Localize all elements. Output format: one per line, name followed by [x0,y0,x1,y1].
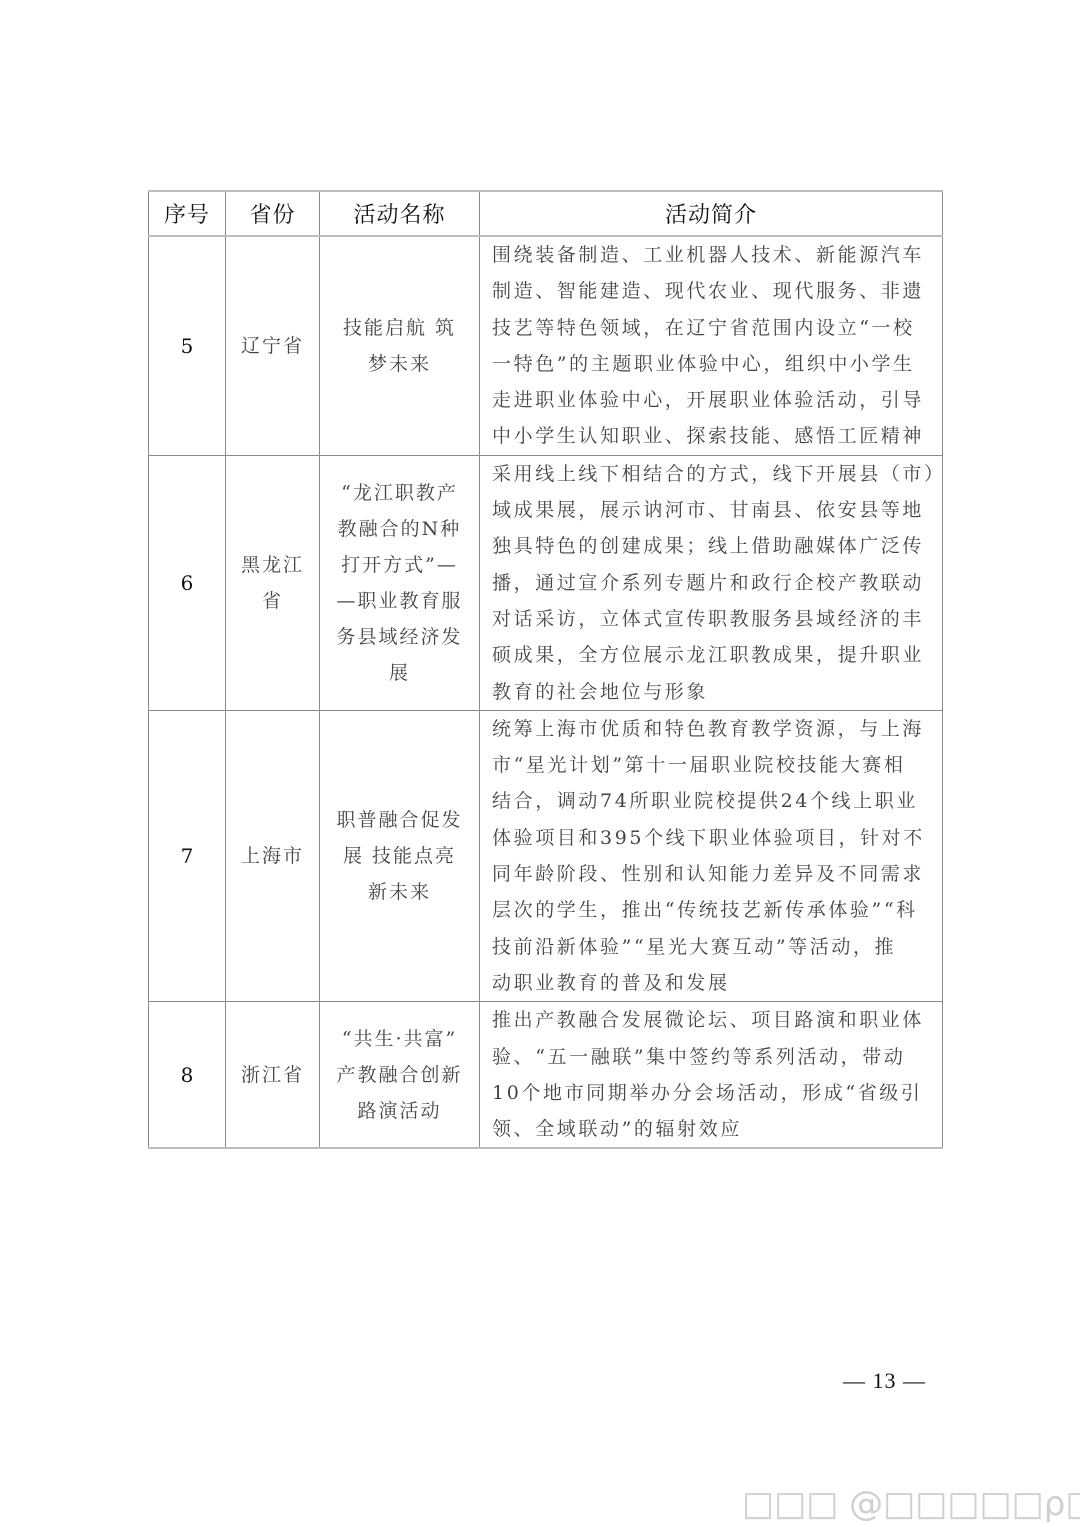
description-line: 播，通过宣介系列专题片和政行企校产教联动 [492,565,934,601]
activity-name-line: 打开方式”— [330,547,469,583]
description-line: 走进职业体验中心，开展职业体验活动，引导 [492,382,934,418]
activity-name-line: 产教融合创新 [330,1057,469,1093]
serial-number-cell: 8 [149,1002,226,1149]
activity-name-cell: “龙江职教产 教融合的N种 打开方式”— —职业教育服 务县域经济发 展 [320,455,480,710]
description-line: 10个地市同期举办分会场活动，形成“省级引 [492,1075,934,1111]
table-row: 5 辽宁省 技能启航 筑 梦未来 围绕装备制造、工业机器人技术、新能源汽车 制造… [149,236,943,455]
activity-name-line: 技能启航 筑 [330,310,469,346]
activity-name-cell: 职普融合促发 展 技能点亮 新未来 [320,710,480,1001]
description-line: 硕成果，全方位展示龙江职教成果，提升职业 [492,637,934,673]
table-row: 7 上海市 职普融合促发 展 技能点亮 新未来 统筹上海市优质和特色教育教学资源… [149,710,943,1001]
description-line: 体验项目和395个线下职业体验项目，针对不 [492,820,934,856]
activity-name-line: 务县域经济发 [330,619,469,655]
description-line: 技艺等特色领域，在辽宁省范围内设立“一校 [492,310,934,346]
activity-description-cell: 推出产教融合发展微论坛、项目路演和职业体 验、“五一融联”集中签约等系列活动，带… [480,1002,943,1149]
activity-table: 序号 省份 活动名称 活动简介 5 辽宁省 技能启航 筑 梦未来 围绕装备制造、… [148,190,943,1149]
province-line: 省 [240,583,305,619]
activity-description-cell: 围绕装备制造、工业机器人技术、新能源汽车 制造、智能建造、现代农业、现代服务、非… [480,236,943,455]
serial-number-cell: 5 [149,236,226,455]
description-line: 技前沿新体验”“星光大赛互动”等活动，推 [492,929,934,965]
table-row: 8 浙江省 “共生·共富” 产教融合创新 路演活动 推出产教融合发展微论坛、项目… [149,1002,943,1149]
description-line: 同年龄阶段、性别和认知能力差异及不同需求 [492,856,934,892]
description-line: 结合，调动74所职业院校提供24个线上职业 [492,783,934,819]
description-line: 层次的学生，推出“传统技艺新传承体验”“科 [492,892,934,928]
description-line: 推出产教融合发展微论坛、项目路演和职业体 [492,1002,934,1038]
activity-name-cell: “共生·共富” 产教融合创新 路演活动 [320,1002,480,1149]
table-row: 6 黑龙江 省 “龙江职教产 教融合的N种 打开方式”— —职业教育服 务县域经… [149,455,943,710]
activity-name-line: “龙江职教产 [330,475,469,511]
description-line: 域成果展，展示讷河市、甘南县、依安县等地 [492,492,934,528]
description-line: 教育的社会地位与形象 [492,674,934,710]
description-line: 验、“五一融联”集中签约等系列活动，带动 [492,1039,934,1075]
activity-name-line: —职业教育服 [330,583,469,619]
description-line: 采用线上线下相结合的方式，线下开展县（市） [492,456,934,492]
page-number: — 13 — [843,1368,926,1394]
table-header-row: 序号 省份 活动名称 活动简介 [149,191,943,236]
activity-name-line: 梦未来 [330,346,469,382]
activity-description-cell: 统筹上海市优质和特色教育教学资源，与上海 市“星光计划”第十一届职业院校技能大赛… [480,710,943,1001]
activity-name-line: 展 [330,655,469,691]
header-activity-name: 活动名称 [320,191,480,236]
activity-name-cell: 技能启航 筑 梦未来 [320,236,480,455]
serial-number-cell: 6 [149,455,226,710]
province-line: 黑龙江 [240,547,305,583]
description-line: 围绕装备制造、工业机器人技术、新能源汽车 [492,237,934,273]
description-line: 对话采访，立体式宣传职教服务县域经济的丰 [492,601,934,637]
watermark: □□□ @□□□□□ρ□□□□□ [742,1484,1080,1524]
province-cell: 上海市 [226,710,320,1001]
serial-number-cell: 7 [149,710,226,1001]
header-province: 省份 [226,191,320,236]
activity-name-line: 展 技能点亮 [330,838,469,874]
description-line: 一特色”的主题职业体验中心，组织中小学生 [492,346,934,382]
description-line: 中小学生认知职业、探索技能、感悟工匠精神 [492,418,934,454]
description-line: 市“星光计划”第十一届职业院校技能大赛相 [492,747,934,783]
description-line: 领、全域联动”的辐射效应 [492,1111,934,1147]
activity-name-line: 新未来 [330,874,469,910]
description-line: 统筹上海市优质和特色教育教学资源，与上海 [492,711,934,747]
province-cell: 浙江省 [226,1002,320,1149]
activity-name-line: “共生·共富” [330,1021,469,1057]
description-line: 独具特色的创建成果；线上借助融媒体广泛传 [492,528,934,564]
activity-description-cell: 采用线上线下相结合的方式，线下开展县（市） 域成果展，展示讷河市、甘南县、依安县… [480,455,943,710]
description-line: 动职业教育的普及和发展 [492,965,934,1001]
activity-name-line: 职普融合促发 [330,802,469,838]
activity-name-line: 路演活动 [330,1093,469,1129]
province-cell: 辽宁省 [226,236,320,455]
activity-name-line: 教融合的N种 [330,511,469,547]
description-line: 制造、智能建造、现代农业、现代服务、非遗 [492,273,934,309]
header-serial-number: 序号 [149,191,226,236]
province-cell: 黑龙江 省 [226,455,320,710]
header-activity-description: 活动简介 [480,191,943,236]
